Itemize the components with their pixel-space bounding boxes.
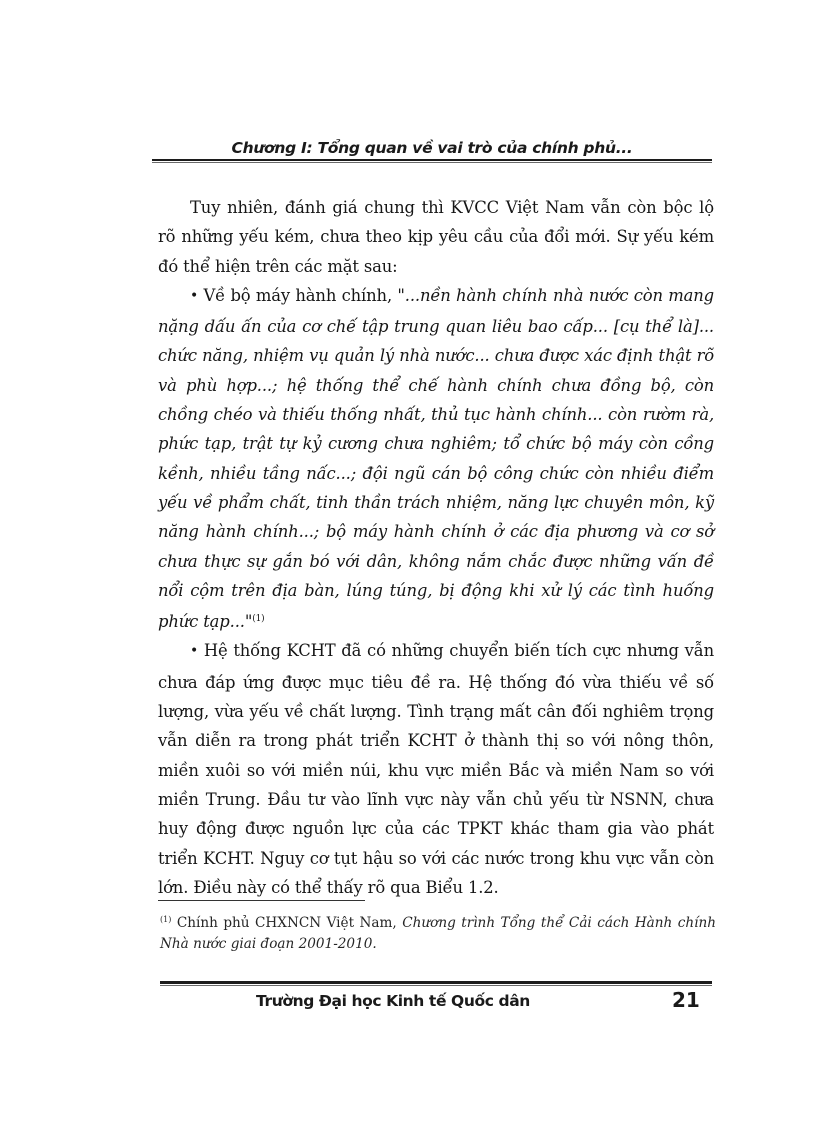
running-head: Chương I: Tổng quan về vai trò của chính… xyxy=(152,139,712,157)
footnote-mark: (1) xyxy=(160,915,171,924)
body-text: Tuy nhiên, đánh giá chung thì KVCC Việt … xyxy=(158,193,714,902)
footnote-ref[interactable]: (1) xyxy=(252,614,264,624)
footnote-separator xyxy=(158,900,365,901)
paragraph-text: Hệ thống KCHT đã có những chuyển biến tí… xyxy=(158,641,714,896)
quoted-text: ...nền hành chính nhà nước còn mang nặng… xyxy=(158,286,714,631)
paragraph-text: Tuy nhiên, đánh giá chung thì KVCC Việt … xyxy=(158,198,714,276)
footer-rule xyxy=(160,981,712,986)
paragraph-intro: Tuy nhiên, đánh giá chung thì KVCC Việt … xyxy=(158,193,714,281)
header-rule xyxy=(152,159,712,163)
paragraph-infrastructure: • Hệ thống KCHT đã có những chuyển biến … xyxy=(158,636,714,902)
footnote-plain: Chính phủ CHXNCN Việt Nam, xyxy=(171,915,402,931)
footnote: (1) Chính phủ CHXNCN Việt Nam, Chương tr… xyxy=(160,909,716,955)
bullet-icon: • xyxy=(190,643,198,659)
paragraph-administration: • Về bộ máy hành chính, "...nền hành chí… xyxy=(158,281,714,637)
page-number: 21 xyxy=(672,988,700,1012)
document-page: Chương I: Tổng quan về vai trò của chính… xyxy=(0,0,816,1123)
footer-title: Trường Đại học Kinh tế Quốc dân xyxy=(256,992,530,1010)
paragraph-lead: Về bộ máy hành chính, " xyxy=(198,286,405,305)
bullet-icon: • xyxy=(190,288,198,304)
